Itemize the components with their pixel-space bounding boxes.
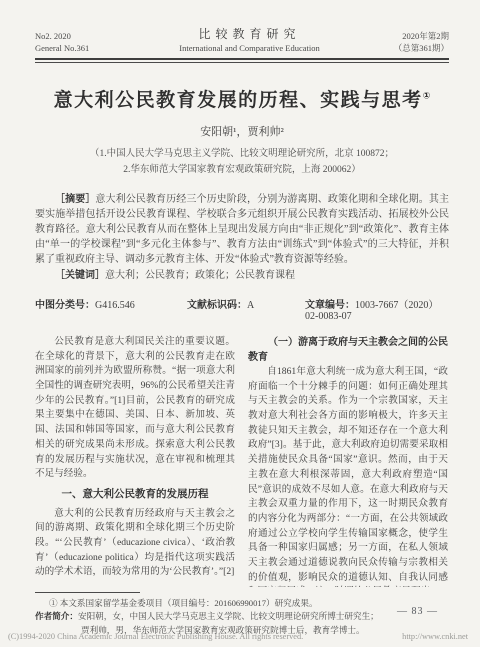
clc-number: 中图分类号：G416.546	[35, 296, 187, 322]
issue-info-zh: 2020年第2期	[354, 31, 449, 43]
abstract-label: ［摘要］	[55, 194, 95, 205]
volume-info-zh: （总第361期）	[354, 43, 449, 55]
affiliations: （1.中国人民大学马克思主义学院、比较文明理论研究所，北京 100872； 2.…	[35, 146, 449, 179]
footnote-project: ① 本文系国家留学基金委项目（项目编号：201606990017）研究成果。	[35, 597, 449, 611]
article-meta-line: 中图分类号：G416.546 文献标识码：A 文章编号：1003-7667（20…	[35, 296, 449, 322]
issue-number: No2. 2020	[35, 31, 145, 43]
article-title-text: 意大利公民教育发展的历程、实践与思考	[54, 90, 423, 111]
keywords-text: 意大利；公民教育；政策化；公民教育课程	[105, 270, 295, 281]
article-title: 意大利公民教育发展的历程、实践与思考①	[35, 85, 449, 112]
article-id: 文章编号：1003-7667（2020）02-0083-07	[305, 296, 449, 322]
journal-header: No2. 2020 General No.361 比较教育研究 Internat…	[35, 26, 449, 55]
page-content: No2. 2020 General No.361 比较教育研究 Internat…	[0, 0, 480, 637]
body-paragraph: 公民教育是意大利国民关注的重要议题。在全球化的背景下，意大利的公民教育走在欧洲国…	[35, 335, 235, 482]
header-issue-block: No2. 2020 General No.361	[35, 31, 145, 55]
footer-url: http://www.cnki.net	[402, 632, 468, 641]
footnote-divider	[35, 592, 140, 593]
authors-line: 安阳朝¹，贾利帅²	[35, 123, 449, 139]
author-bio-label: 作者简介：	[35, 611, 78, 621]
subsection-heading: （一）游离于政府与天主教会之间的公民教育	[248, 335, 448, 365]
keywords-line: ［关键词］意大利；公民教育；政策化；公民教育课程	[35, 268, 449, 283]
journal-title-en: International and Comparative Education	[145, 43, 354, 55]
body-columns: 公民教育是意大利国民关注的重要议题。在全球化的背景下，意大利的公民教育走在欧洲国…	[35, 335, 449, 587]
section-heading-1: 一、意大利公民教育的发展历程	[35, 487, 235, 502]
header-journal-block: 比较教育研究 International and Comparative Edu…	[145, 26, 354, 55]
body-paragraph: 自1861年意大利统一成为意大利王国，“政府面临一个十分棘手的问题：如何正确处理…	[248, 365, 448, 587]
keywords-label: ［关键词］	[55, 270, 105, 281]
footnote-author-bio: 作者简介：安阳朝，女，中国人民大学马克思主义学院、比较文明理论研究所博士研究生；	[35, 610, 449, 624]
author-bio-line1: 安阳朝，女，中国人民大学马克思主义学院、比较文明理论研究所博士研究生；	[78, 611, 379, 621]
footer-copyright: (C)1994-2020 China Academic Journal Elec…	[8, 632, 303, 641]
right-column: （一）游离于政府与天主教会之间的公民教育 自1861年意大利统一成为意大利王国，…	[248, 335, 448, 587]
general-number: General No.361	[35, 43, 145, 55]
header-rule	[35, 58, 449, 63]
abstract-paragraph: ［摘要］意大利公民教育历经三个历史阶段，分别为游离期、政策化期和全球化期。其主要…	[35, 192, 449, 267]
affiliation-line-1: （1.中国人民大学马克思主义学院、比较文明理论研究所，北京 100872；	[35, 146, 449, 163]
left-column: 公民教育是意大利国民关注的重要议题。在全球化的背景下，意大利的公民教育走在欧洲国…	[35, 335, 235, 587]
copyright-footer: (C)1994-2020 China Academic Journal Elec…	[8, 632, 468, 641]
affiliation-line-2: 2.华东师范大学国家教育宏观政策研究院，上海 200062）	[35, 162, 449, 179]
journal-page: No2. 2020 General No.361 比较教育研究 Internat…	[0, 0, 480, 647]
journal-title-zh: 比较教育研究	[145, 26, 354, 43]
document-code: 文献标识码：A	[187, 296, 305, 322]
title-footnote-marker: ①	[423, 90, 431, 100]
header-volume-block: 2020年第2期 （总第361期）	[354, 31, 449, 55]
abstract-text: 意大利公民教育历经三个历史阶段，分别为游离期、政策化期和全球化期。其主要实施举措…	[35, 194, 449, 265]
page-number: — 83 —	[397, 606, 438, 617]
body-paragraph: 意大利的公民教育历经政府与天主教会之间的游离期、政策化期和全球化期三个历史阶段。…	[35, 507, 235, 581]
